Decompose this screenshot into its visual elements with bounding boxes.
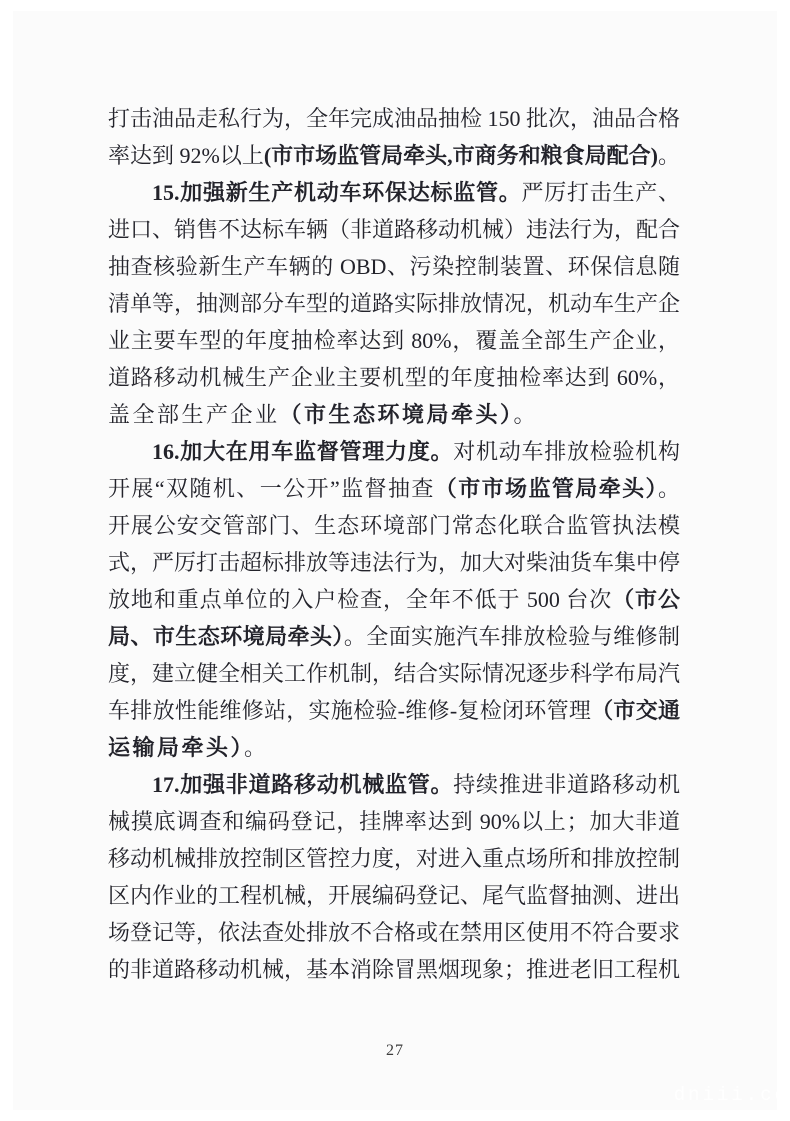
text-run: 。	[514, 402, 539, 427]
text-run: 放地和重点单位的入户检查，全年不低于 500 台次	[108, 587, 612, 612]
text-line: 打击油品走私行为，全年完成油品抽检 150 批次，油品合格	[108, 100, 680, 137]
bold-text-run: (市市场监管局牵头,市商务和粮食局配合)	[264, 143, 658, 168]
text-line: 区内作业的工程机械，开展编码登记、尾气监督抽测、进出	[108, 877, 680, 914]
text-line: 抽查核验新生产车辆的 OBD、污染控制装置、环保信息随车	[108, 248, 680, 285]
page-number: 27	[13, 1042, 777, 1060]
text-line: 场登记等，依法查处排放不合格或在禁用区使用不符合要求	[108, 914, 680, 951]
text-line: 盖全部生产企业（市生态环境局牵头）。	[108, 396, 680, 433]
text-run: 率达到 92%以上	[108, 143, 264, 168]
text-run: 。	[658, 143, 680, 168]
watermark-text: dniii.co	[674, 1084, 789, 1106]
text-line: 16.加大在用车监督管理力度。对机动车排放检验机构	[108, 433, 680, 470]
text-run: 持续推进非道路移动机	[453, 772, 680, 797]
text-line: 式，严厉打击超标排放等违法行为，加大对柴油货车集中停	[108, 544, 680, 581]
text-line: 17.加强非道路移动机械监管。持续推进非道路移动机	[108, 766, 680, 803]
text-run: 械摸底调查和编码登记，挂牌率达到 90%以上；加大非道路	[108, 809, 680, 840]
text-line: 业主要车型的年度抽检率达到 80%，覆盖全部生产企业，非	[108, 322, 680, 359]
text-line: 移动机械排放控制区管控力度，对进入重点场所和排放控制	[108, 840, 680, 877]
text-run: 移动机械排放控制区管控力度，对进入重点场所和排放控制	[108, 846, 680, 871]
text-line: 进口、销售不达标车辆（非道路移动机械）违法行为，配合	[108, 211, 680, 248]
text-line: 率达到 92%以上(市市场监管局牵头,市商务和粮食局配合)。	[108, 137, 680, 174]
text-line: 度，建立健全相关工作机制，结合实际情况逐步科学布局汽	[108, 655, 680, 692]
text-run: 车排放性能维修站，实施检验-维修-复检闭环管理	[108, 698, 591, 723]
text-run: 进口、销售不达标车辆（非道路移动机械）违法行为，配合	[108, 217, 680, 242]
bold-text-run: （市交通	[591, 698, 680, 723]
text-run: 。	[244, 735, 269, 760]
text-line: 放地和重点单位的入户检查，全年不低于 500 台次（市公安	[108, 581, 680, 618]
text-line: 械摸底调查和编码登记，挂牌率达到 90%以上；加大非道路	[108, 803, 680, 840]
text-line: 运输局牵头）。	[108, 729, 680, 766]
text-line: 清单等，抽测部分车型的道路实际排放情况，机动车生产企	[108, 285, 680, 322]
text-line: 15.加强新生产机动车环保达标监管。严厉打击生产、	[108, 174, 680, 211]
scanned-document-page: 打击油品走私行为，全年完成油品抽检 150 批次，油品合格率达到 92%以上(市…	[13, 11, 777, 1110]
text-run: 式，严厉打击超标排放等违法行为，加大对柴油货车集中停	[108, 550, 680, 575]
bold-text-run: 15.加强新生产机动车环保达标监管。	[152, 180, 521, 205]
bold-text-run: （市市场监管局牵头）	[435, 476, 658, 501]
bold-text-run: 17.加强非道路移动机械监管。	[152, 772, 453, 797]
bold-text-run: 16.加大在用车监督管理力度。	[152, 439, 453, 464]
text-run: 盖全部生产企业	[108, 402, 280, 427]
text-run: 。全面实施汽车排放检验与维修制	[344, 624, 680, 649]
text-run: 业主要车型的年度抽检率达到 80%，覆盖全部生产企业，非	[108, 328, 680, 359]
bold-text-run: 局、市生态环境局牵头）	[108, 624, 344, 649]
text-line: 车排放性能维修站，实施检验-维修-复检闭环管理（市交通	[108, 692, 680, 729]
document-body: 打击油品走私行为，全年完成油品抽检 150 批次，油品合格率达到 92%以上(市…	[108, 100, 680, 988]
text-line: 的非道路移动机械，基本消除冒黑烟现象；推进老旧工程机	[108, 951, 680, 988]
text-run: 场登记等，依法查处排放不合格或在禁用区使用不符合要求	[108, 920, 680, 945]
bold-text-run: 运输局牵头）	[108, 735, 244, 760]
text-run: 度，建立健全相关工作机制，结合实际情况逐步科学布局汽	[108, 661, 680, 686]
text-run: 清单等，抽测部分车型的道路实际排放情况，机动车生产企	[108, 291, 680, 316]
text-run: 道路移动机械生产企业主要机型的年度抽检率达到 60%，覆	[108, 365, 680, 396]
text-line: 道路移动机械生产企业主要机型的年度抽检率达到 60%，覆	[108, 359, 680, 396]
text-run: 严厉打击生产、	[521, 180, 680, 205]
text-run: 区内作业的工程机械，开展编码登记、尾气监督抽测、进出	[108, 883, 680, 908]
text-line: 开展公安交管部门、生态环境部门常态化联合监管执法模	[108, 507, 680, 544]
text-run: 开展公安交管部门、生态环境部门常态化联合监管执法模	[108, 513, 680, 538]
text-run: 的非道路移动机械，基本消除冒黑烟现象；推进老旧工程机	[108, 957, 680, 982]
bold-text-run: （市生态环境局牵头）	[280, 402, 514, 427]
text-run: 抽查核验新生产车辆的 OBD、污染控制装置、环保信息随车	[108, 254, 680, 285]
text-run: 对机动车排放检验机构	[453, 439, 680, 464]
text-run: 打击油品走私行为，全年完成油品抽检 150 批次，油品合格	[108, 106, 680, 131]
text-line: 开展“双随机、一公开”监督抽查（市市场监管局牵头）。	[108, 470, 680, 507]
text-run: 开展“双随机、一公开”监督抽查	[108, 476, 435, 501]
text-line: 局、市生态环境局牵头）。全面实施汽车排放检验与维修制	[108, 618, 680, 655]
text-run: 。	[658, 476, 680, 501]
